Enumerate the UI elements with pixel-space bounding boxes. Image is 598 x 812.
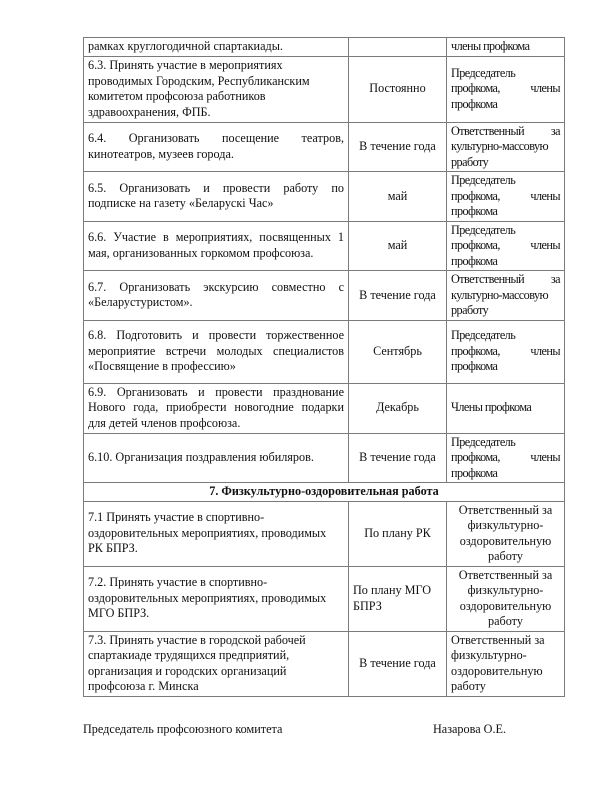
table-row: 6.8. Подготовить и провести торжественно…: [84, 320, 565, 383]
table-row: рамках круглогодичной спартакиады. члены…: [84, 38, 565, 57]
term-cell: май: [349, 172, 447, 222]
responsible-cell: Ответственный за культурно-массовую рраб…: [447, 122, 565, 172]
responsible-cell: Председатель профкома, члены профкома: [447, 433, 565, 483]
term-cell: Постоянно: [349, 56, 447, 122]
term-cell: По плану РК: [349, 501, 447, 566]
term-cell: По плану МГО БПРЗ: [349, 566, 447, 631]
table-row: 6.4. Организовать посещение театров, кин…: [84, 122, 565, 172]
responsible-cell: члены профкома: [447, 38, 565, 57]
work-plan-table: рамках круглогодичной спартакиады. члены…: [83, 37, 565, 697]
document-page: рамках круглогодичной спартакиады. члены…: [0, 0, 598, 812]
signature-position: Председатель профсоюзного комитета: [83, 722, 282, 737]
term-cell: Декабрь: [349, 383, 447, 433]
term-cell: В течение года: [349, 631, 447, 696]
term-cell: В течение года: [349, 271, 447, 321]
term-cell: В течение года: [349, 122, 447, 172]
task-cell: 6.7. Организовать экскурсию совместно с …: [84, 271, 349, 321]
responsible-cell: Председатель профкома, члены профкома: [447, 56, 565, 122]
task-cell: 6.9. Организовать и провести праздновани…: [84, 383, 349, 433]
table-row: 6.5. Организовать и провести работу по п…: [84, 172, 565, 222]
term-cell: Сентябрь: [349, 320, 447, 383]
table-row: 6.10. Организация поздравления юбиляров.…: [84, 433, 565, 483]
responsible-cell: Ответственный за физкультурно-оздоровите…: [447, 501, 565, 566]
table-row: 6.3. Принять участие в мероприятиях пров…: [84, 56, 565, 122]
task-cell: 6.6. Участие в мероприятиях, посвященных…: [84, 221, 349, 271]
term-cell: [349, 38, 447, 57]
task-cell: 7.3. Принять участие в городской рабочей…: [84, 631, 349, 696]
responsible-cell: Ответственный за культурно-массовую рраб…: [447, 271, 565, 321]
responsible-cell: Председатель профкома, члены профкома: [447, 221, 565, 271]
task-cell: 7.1 Принять участие в спортивно-оздорови…: [84, 501, 349, 566]
task-cell: 6.4. Организовать посещение театров, кин…: [84, 122, 349, 172]
section-title: 7. Физкультурно-оздоровительная работа: [84, 483, 565, 502]
table-row: 6.9. Организовать и провести праздновани…: [84, 383, 565, 433]
task-cell: 6.8. Подготовить и провести торжественно…: [84, 320, 349, 383]
responsible-cell: Члены профкома: [447, 383, 565, 433]
responsible-cell: Ответственный за физкультурно-оздоровите…: [447, 566, 565, 631]
table-row: 7.2. Принять участие в спортивно-оздоров…: [84, 566, 565, 631]
section-header-row: 7. Физкультурно-оздоровительная работа: [84, 483, 565, 502]
task-cell: 6.3. Принять участие в мероприятиях пров…: [84, 56, 349, 122]
term-cell: май: [349, 221, 447, 271]
task-cell: 6.10. Организация поздравления юбиляров.: [84, 433, 349, 483]
task-cell: 7.2. Принять участие в спортивно-оздоров…: [84, 566, 349, 631]
responsible-cell: Председатель профкома, члены профкома: [447, 320, 565, 383]
task-cell: рамках круглогодичной спартакиады.: [84, 38, 349, 57]
responsible-cell: Ответственный за физкультурно-оздоровите…: [447, 631, 565, 696]
table-row: 6.6. Участие в мероприятиях, посвященных…: [84, 221, 565, 271]
term-cell: В течение года: [349, 433, 447, 483]
task-cell: 6.5. Организовать и провести работу по п…: [84, 172, 349, 222]
table-row: 7.1 Принять участие в спортивно-оздорови…: [84, 501, 565, 566]
table-row: 7.3. Принять участие в городской рабочей…: [84, 631, 565, 696]
responsible-cell: Председатель профкома, члены профкома: [447, 172, 565, 222]
table-row: 6.7. Организовать экскурсию совместно с …: [84, 271, 565, 321]
signature-name: Назарова О.Е.: [433, 722, 506, 737]
